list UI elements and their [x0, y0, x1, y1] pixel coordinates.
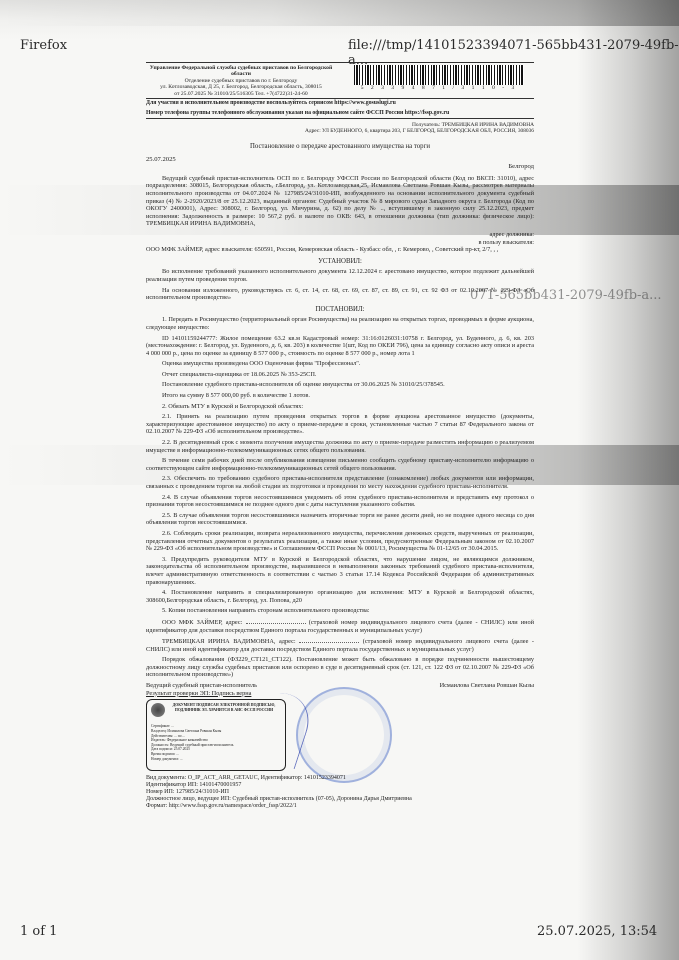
print-datetime: 25.07.2025, 13:54 [537, 924, 657, 939]
document-date: 25.07.2025 [146, 156, 176, 171]
barcode-number: 5 2 3 3 9 4 8 7 1 / 3 1 1 0 - 3 [361, 85, 518, 93]
resolution-item: 2.2. В десятидневный срок с момента полу… [146, 439, 534, 454]
debtor-address-label: адрес должника: [146, 231, 534, 239]
scan-artifact-band [0, 0, 679, 26]
resolution-item: 5. Копии постановления направить сторона… [146, 607, 534, 615]
resolution-item: 1. Передать в Росимущество (территориаль… [146, 316, 534, 331]
stamp-area: ДОКУМЕНТ ПОДПИСАН ЭЛЕКТРОННОЙ ПОДПИСЬЮ, … [146, 699, 534, 807]
signer-title: Ведущий судебный пристав-исполнитель [146, 682, 257, 690]
barcode: 5 2 3 3 9 4 8 7 1 / 3 1 1 0 - 3 [336, 65, 534, 97]
copy-recipient: ТРЕМБИЦКАЯ ИРИНА ВАДИМОВНА, адрес: (стра… [146, 637, 534, 653]
resolution-item: 2.1. Принять на реализацию путем проведе… [146, 413, 534, 436]
copy-recipient: ООО МФК ЗАЙМЕР, адрес: (страховой номер … [146, 618, 534, 634]
organization-block: Управление Федеральной службы судебных п… [146, 65, 336, 97]
resolution-item: Итого на сумму 8 577 000,00 руб. в колич… [146, 392, 534, 400]
document-metadata: Вид документа: O_IP_ACT_ARR_GETAUC, Иден… [146, 775, 412, 810]
resolution-item: Постановление судебного пристава-исполни… [146, 381, 534, 389]
resolution-item: В течение семи рабочих дней после опубли… [146, 457, 534, 472]
gosuslugi-line: Для участия в исполнительном производств… [146, 99, 534, 109]
document-page: Управление Федеральной службы судебных п… [146, 62, 534, 807]
intro-paragraph: Ведущий судебный пристав-исполнитель ОСП… [146, 175, 534, 228]
resolution-item: Отчет специалиста-оценщика от 18.06.2025… [146, 371, 534, 379]
letterhead: Управление Федеральной службы судебных п… [146, 62, 534, 99]
date-city-line: 25.07.2025 Белгород [146, 156, 534, 171]
creditor-paragraph: ООО МФК ЗАЙМЕР, адрес взыскателя: 650591… [146, 246, 534, 254]
resolution-item: 2. Обязать МТУ в Курской и Белгородской … [146, 403, 534, 411]
document-title: Постановление о передаче арестованного и… [146, 143, 534, 151]
resolution-item: 4. Постановление направить в специализир… [146, 589, 534, 604]
established-paragraph-2: На основании изложенного, руководствуясь… [146, 287, 534, 302]
resolution-item: 3. Предупредить руководителя МТУ в Курск… [146, 556, 534, 586]
phone-line: Номер телефона группы телефонного обслуж… [146, 109, 534, 120]
established-heading: УСТАНОВИЛ: [146, 258, 534, 266]
page-counter: 1 of 1 [20, 924, 57, 939]
official-seal-icon [296, 687, 392, 783]
resolution-item: 2.5. В случае объявления торгов несостоя… [146, 512, 534, 527]
coat-of-arms-icon [151, 703, 165, 717]
established-paragraph-1: Во исполнение требований указанного испо… [146, 268, 534, 283]
resolution-item: ID 14101159244777: Жилое помещение 63.2 … [146, 335, 534, 358]
resolution-item: Оценка имущества произведена ООО Оценочн… [146, 360, 534, 368]
document-city: Белгород [508, 163, 534, 171]
recipient-block: Получатель: ТРЕМБИЦКАЯ ИРИНА ВАДИМОВНА А… [146, 122, 534, 134]
resolution-item: 2.4. В случае объявления торгов несостоя… [146, 494, 534, 509]
resolution-item: 2.6. Соблюдать сроки реализации, возврат… [146, 530, 534, 553]
browser-app-name: Firefox [20, 38, 67, 53]
resolution-item: 2.3. Обеспечить по требованию судебного … [146, 475, 534, 490]
resolved-heading: ПОСТАНОВИЛ: [146, 306, 534, 314]
signer-name: Исмаилова Светлана Ровшан Кызы [440, 682, 534, 690]
appeal-paragraph: Порядок обжалования (ФЗ229_СТ121_СТ122).… [146, 656, 534, 679]
barcode-bars [354, 65, 524, 85]
